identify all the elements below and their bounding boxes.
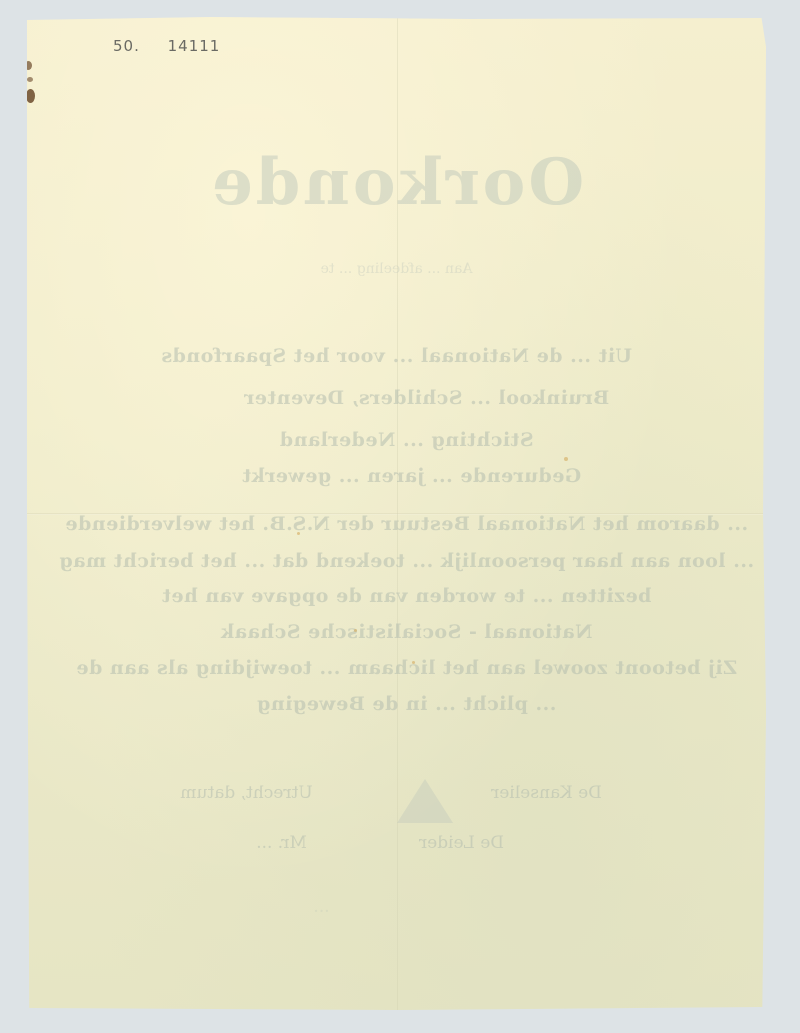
show-through-line: Zij betoont zoowel aan het lichaam ... t… bbox=[47, 657, 766, 679]
show-through-line: Nationaal - Socialistische Schaak bbox=[47, 621, 766, 643]
show-through-title: Oorkonde bbox=[27, 145, 766, 220]
handwritten-pencil-note: 50. 14111 bbox=[113, 37, 220, 55]
show-through-line: Uit ... de Nationaal ... voor het Spaarf… bbox=[27, 345, 766, 367]
edge-stain bbox=[27, 77, 33, 82]
foxing-spot bbox=[564, 457, 568, 461]
show-through-line: bezitten ... te worden van de opgave van… bbox=[47, 585, 766, 607]
show-through-line: ... loon aan haar persoonlijk ... toeken… bbox=[47, 550, 766, 572]
show-through-line: Gedurende ... jaren ... gewerkt bbox=[57, 465, 766, 487]
show-through-subtitle: Aan ... afdeeling ... te bbox=[27, 261, 766, 277]
show-through-line: Bruinkool ... Schilders, Deventer bbox=[87, 387, 766, 409]
edge-stain bbox=[26, 89, 35, 103]
foxing-spot bbox=[354, 629, 357, 632]
foxing-spot bbox=[297, 532, 300, 535]
edge-stain bbox=[25, 61, 32, 70]
document-paper: 50. 14111 Oorkonde Aan ... afdeeling ...… bbox=[27, 17, 766, 1010]
show-through-signature-left: De Kanselier bbox=[327, 783, 766, 803]
show-through-signature-right-label: De Leider bbox=[157, 833, 766, 853]
show-through-line: Stichting ... Nederland bbox=[47, 429, 766, 451]
foxing-spot bbox=[412, 661, 415, 664]
show-through-line: ... daarom het Nationaal Bestuur der N.S… bbox=[47, 513, 766, 535]
show-through-line: ... plicht ... in de Beweging bbox=[47, 693, 766, 715]
show-through-footer: ... bbox=[0, 897, 766, 917]
